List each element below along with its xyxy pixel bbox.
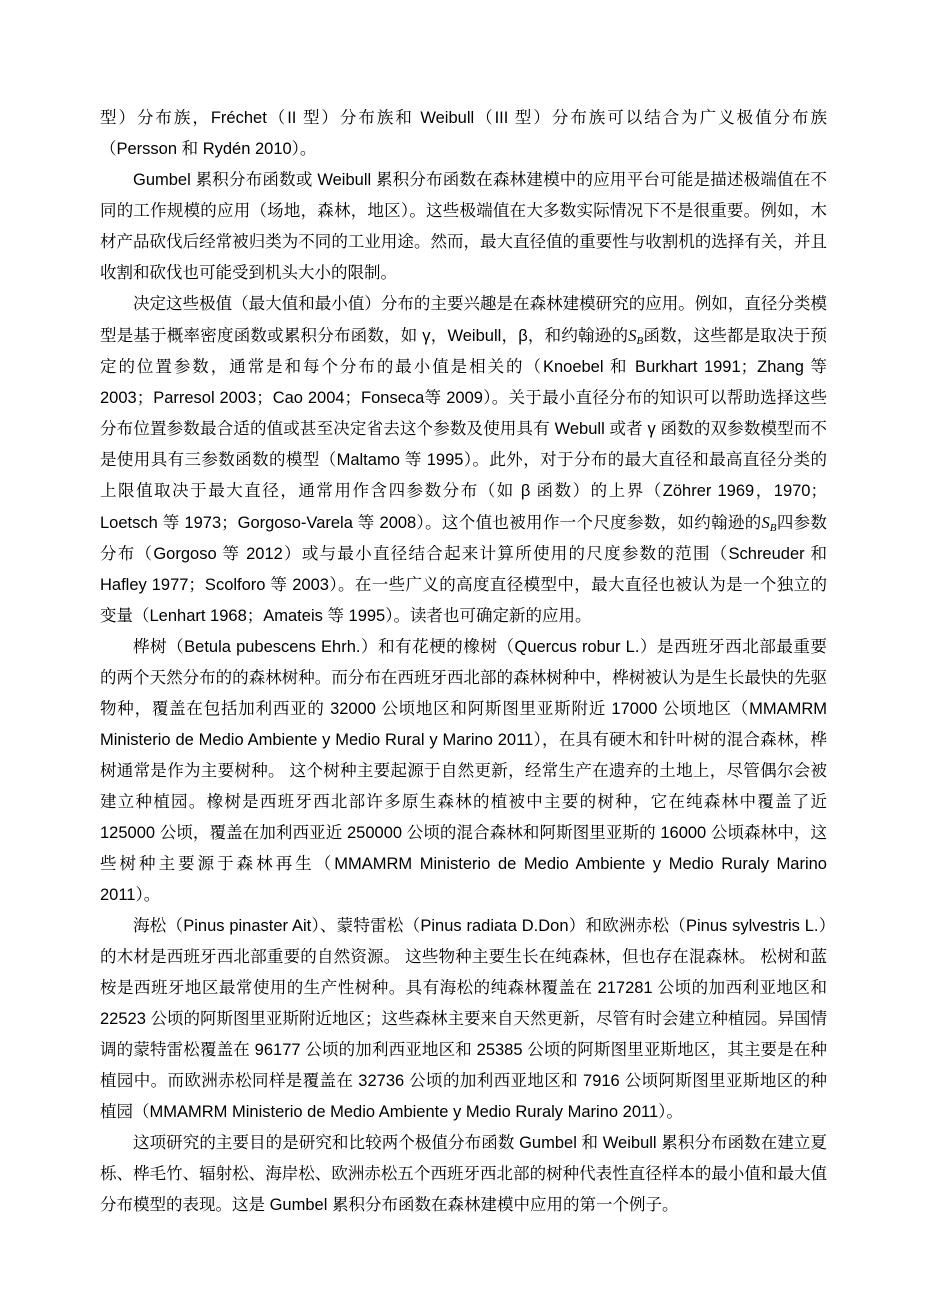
paragraph-text: 桦树（Betula pubescens Ehrh.）和有花梗的橡树（Quercu…: [100, 638, 827, 904]
document-page: 型）分布族，Fréchet（II 型）分布族和 Weibull（III 型）分布…: [0, 0, 926, 1310]
paragraph-text: 型）分布族，Fréchet（II 型）分布族和 Weibull（III 型）分布…: [100, 109, 827, 158]
paragraph-intro-continuation: 型）分布族，Fréchet（II 型）分布族和 Weibull（III 型）分布…: [100, 103, 827, 165]
johnson-sb-subscript: B: [770, 522, 777, 534]
paragraph-birch-oak-species: 桦树（Betula pubescens Ehrh.）和有花梗的橡树（Quercu…: [100, 632, 827, 911]
paragraph-text: 这项研究的主要目的是研究和比较两个极值分布函数 Gumbel 和 Weibull…: [100, 1134, 827, 1214]
paragraph-extreme-value-distributions: 决定这些极值（最大值和最小值）分布的主要兴趣是在森林建模研究的应用。例如，直径分…: [100, 289, 827, 632]
johnson-sb-symbol: S: [762, 513, 770, 532]
paragraph-text: Gumbel 累积分布函数或 Weibull 累积分布函数在森林建模中的应用平台…: [100, 171, 827, 282]
paragraph-gumbel-weibull-application: Gumbel 累积分布函数或 Weibull 累积分布函数在森林建模中的应用平台…: [100, 165, 827, 289]
paragraph-pine-species-resources: 海松（Pinus pinaster Ait）、蒙特雷松（Pinus radiat…: [100, 911, 827, 1128]
paragraph-text: 海松（Pinus pinaster Ait）、蒙特雷松（Pinus radiat…: [100, 917, 827, 1121]
paragraph-text: 函数，这些都是取决于预定的位置参数，通常是和每个分布的最小值是相关的（Knoeb…: [100, 327, 827, 532]
paragraph-study-objective: 这项研究的主要目的是研究和比较两个极值分布函数 Gumbel 和 Weibull…: [100, 1128, 827, 1221]
